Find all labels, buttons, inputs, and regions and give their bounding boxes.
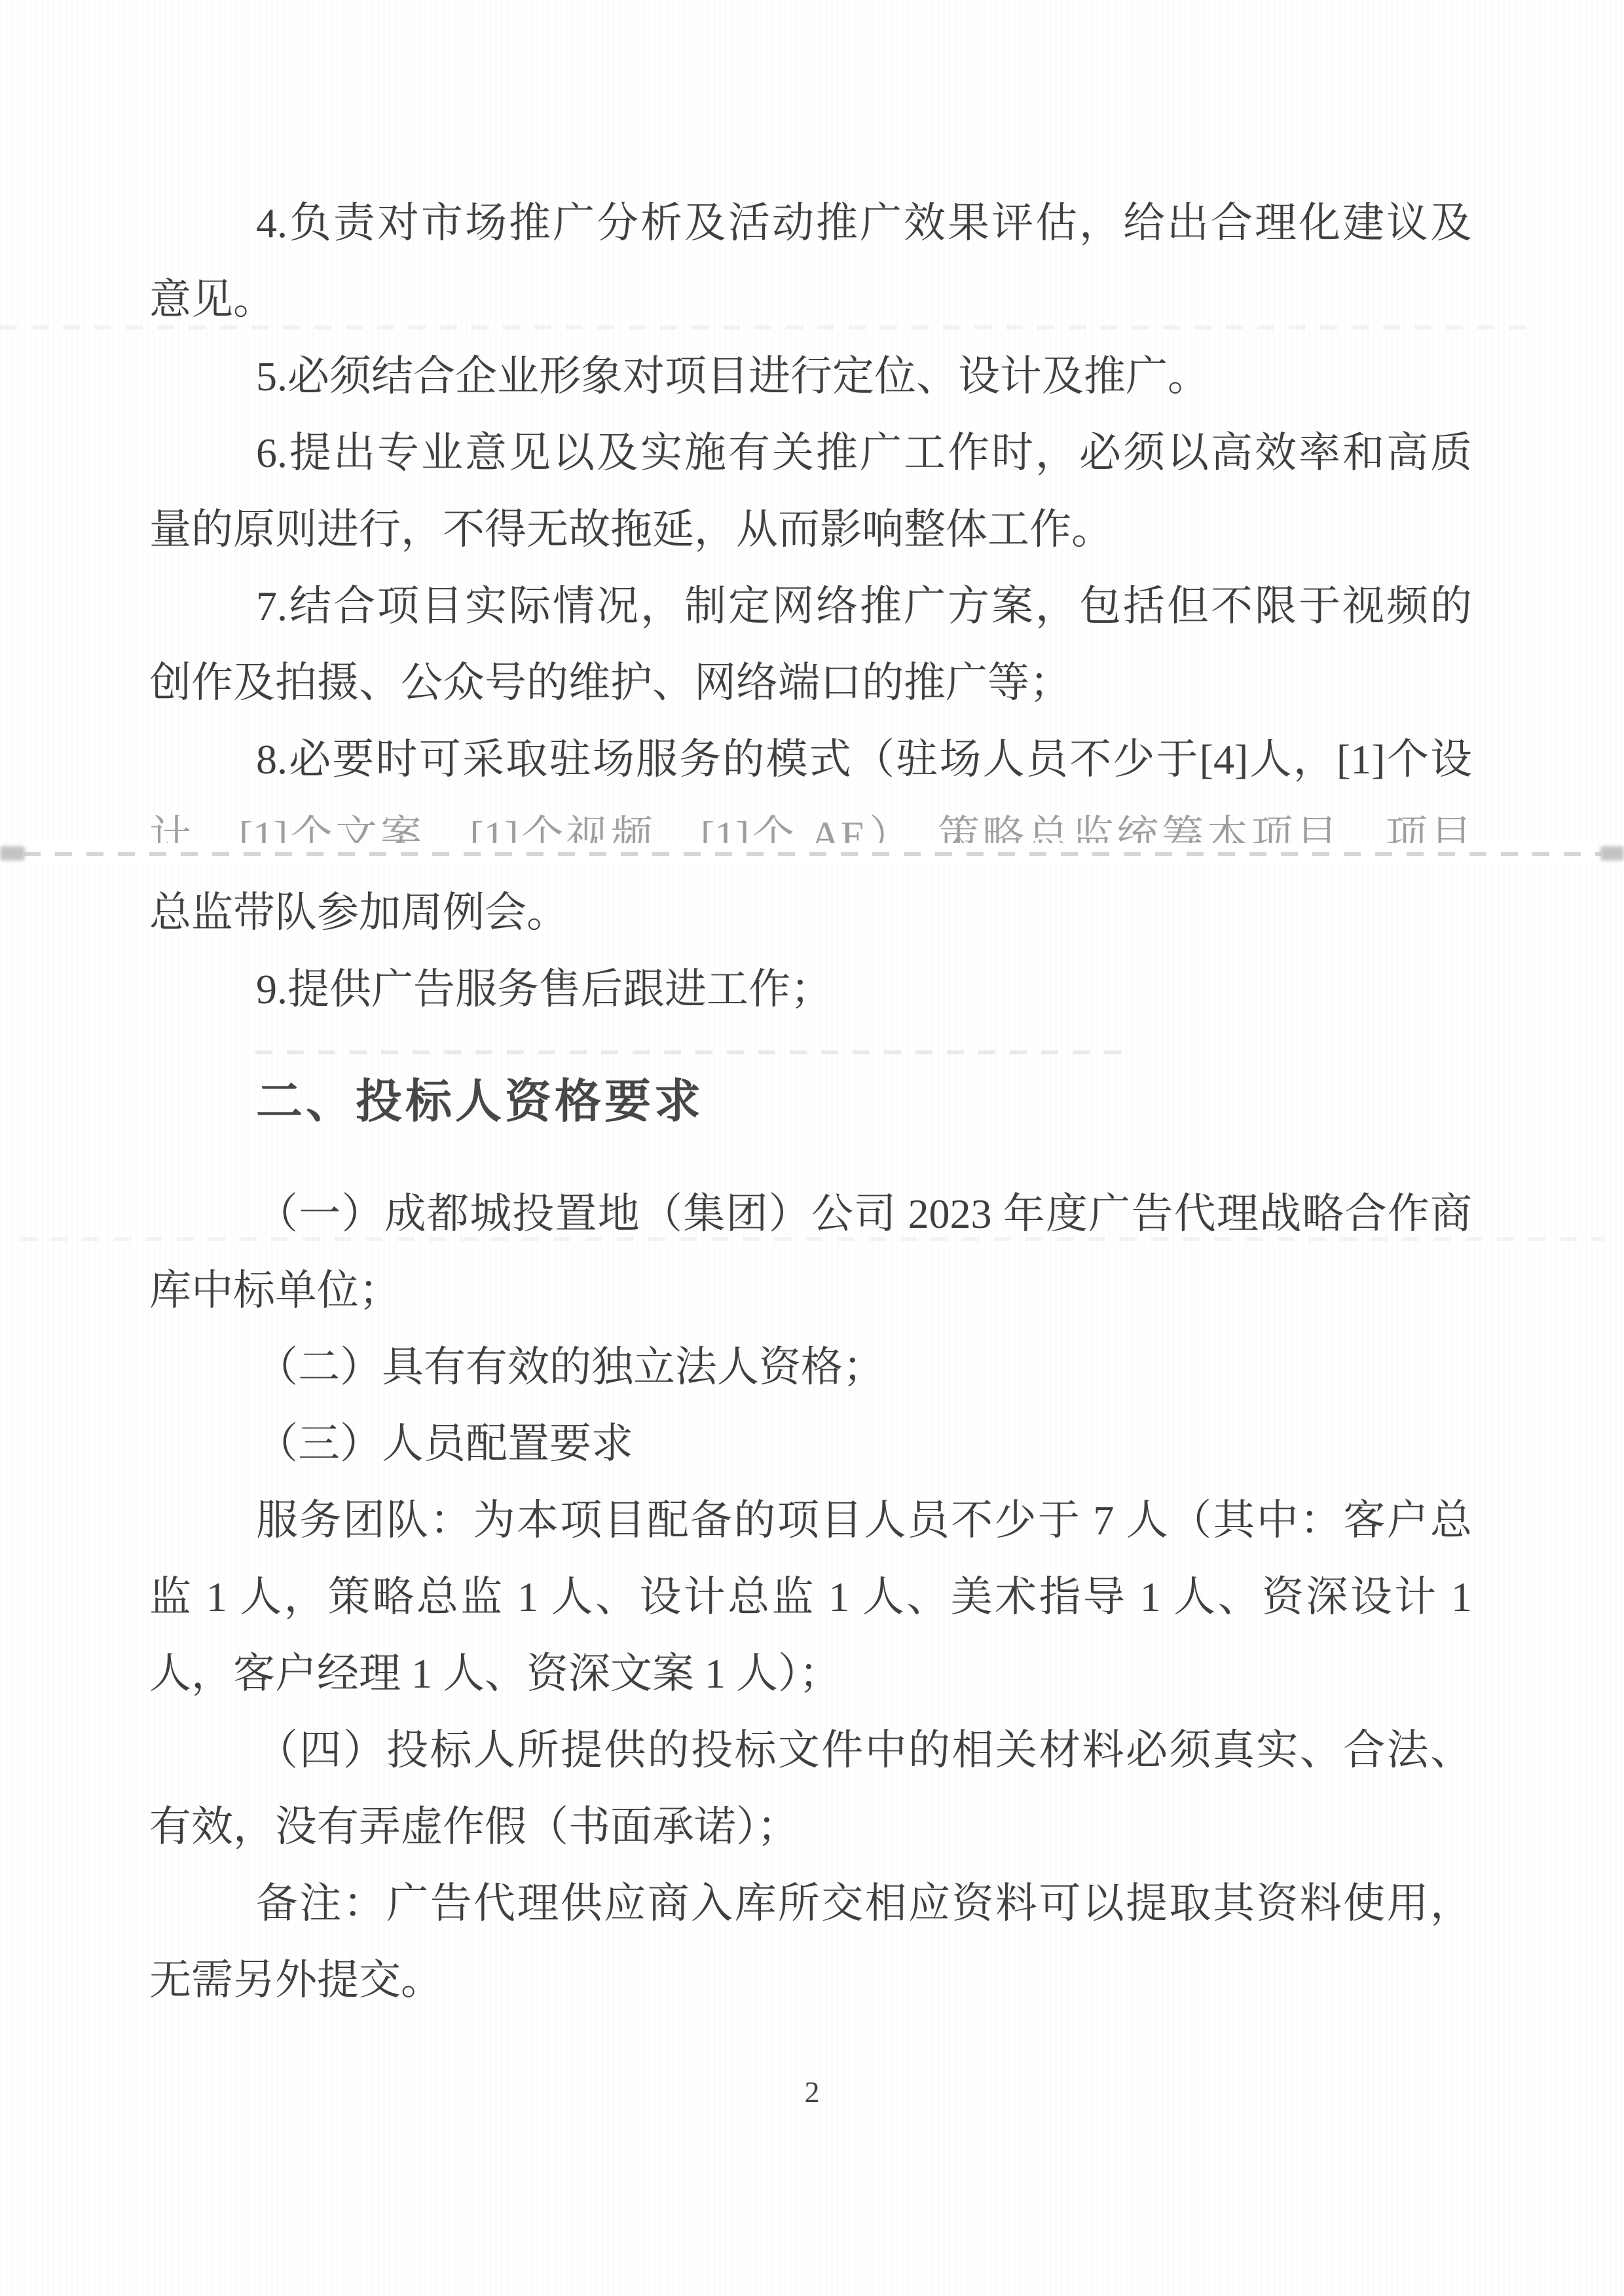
scan-smudge [1600,846,1624,861]
text-line: 有效，没有弄虚作假（书面承诺）； [149,1788,1472,1865]
text-line: （三）人员配置要求 [149,1405,1472,1482]
text-line: （四）投标人所提供的投标文件中的相关材料必须真实、合法、 [149,1712,1472,1788]
text-line: （二）具有有效的独立法人资格； [149,1329,1472,1405]
text-line: 意见。 [149,261,1472,338]
section-heading: 二、投标人资格要求 [149,1064,1472,1140]
scan-white-band [0,843,1624,861]
text-line: 总监带队参加周例会。 [149,874,1472,951]
text-line: 创作及拍摄、公众号的维护、网络端口的推广等； [149,644,1472,721]
text-line: 6.提出专业意见以及实施有关推广工作时，必须以高效率和高质 [149,415,1472,491]
text-line: 7.结合项目实际情况，制定网络推广方案，包括但不限于视频的 [149,568,1472,644]
page-number: 2 [0,2075,1624,2109]
text-line: 无需另外提交。 [149,1942,1472,2018]
text-line: 8.必要时可采取驻场服务的模式（驻场人员不少于[4]人，[1]个设 [149,721,1472,798]
scanned-document-page: 4.负责对市场推广分析及活动推广效果评估，给出合理化建议及 意见。 5.必须结合… [0,0,1624,2296]
text-line: 9.提供广告服务售后跟进工作； [149,951,1472,1028]
text-line: 备注：广告代理供应商入库所交相应资料可以提取其资料使用， [149,1865,1472,1942]
text-line: 监 1 人，策略总监 1 人、设计总监 1 人、美术指导 1 人、资深设计 1 [149,1559,1472,1635]
text-line: 4.负责对市场推广分析及活动推广效果评估，给出合理化建议及 [149,185,1472,261]
text-line: 5.必须结合企业形象对项目进行定位、设计及推广。 [149,338,1472,415]
document-text-block: 4.负责对市场推广分析及活动推广效果评估，给出合理化建议及 意见。 5.必须结合… [149,185,1472,2018]
scan-smudge [0,846,25,861]
text-line: 量的原则进行，不得无故拖延，从而影响整体工作。 [149,491,1472,568]
text-line: 库中标单位； [149,1252,1472,1329]
text-line: （一）成都城投置地（集团）公司 2023 年度广告代理战略合作商 [149,1176,1472,1252]
text-line: 服务团队：为本项目配备的项目人员不少于 7 人（其中：客户总 [149,1482,1472,1559]
text-line-faded: 计、[1]个文案、[1]个视频、[1]个 AE），策略总监统筹本项目、项目 [149,798,1472,874]
text-line: 人，客户经理 1 人、资深文案 1 人）； [149,1635,1472,1712]
